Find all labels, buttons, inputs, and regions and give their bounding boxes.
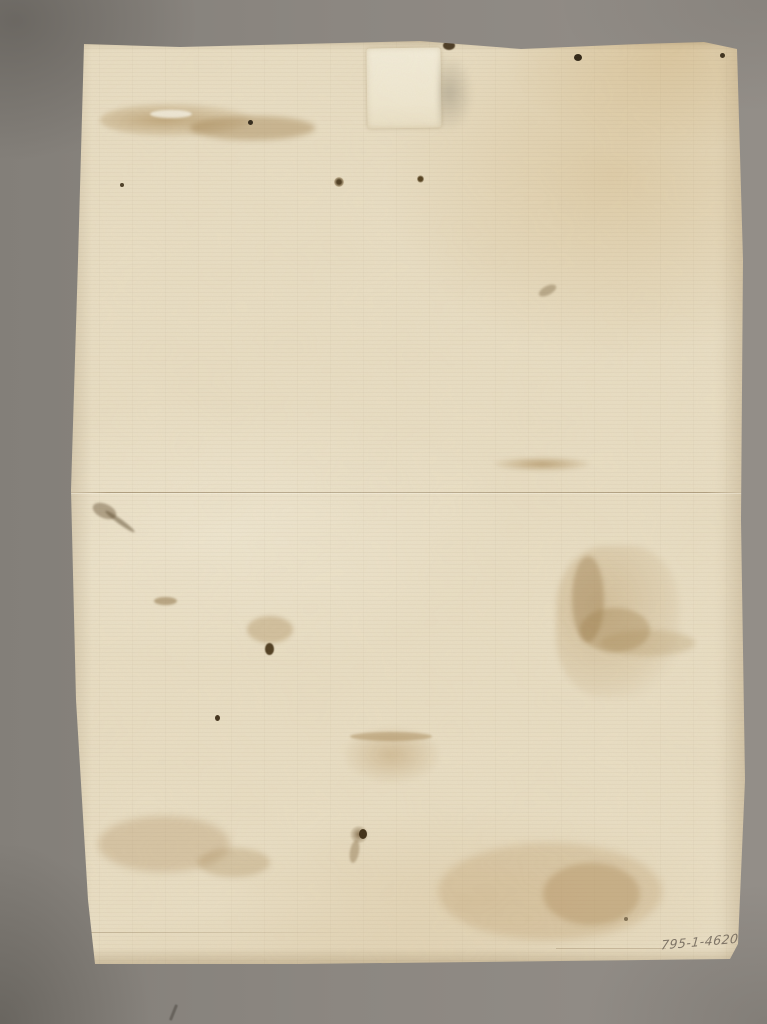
stain <box>154 597 177 605</box>
stain <box>104 509 136 534</box>
stain <box>198 848 270 877</box>
ink-speck <box>417 175 424 183</box>
ink-speck <box>215 715 220 721</box>
stain <box>247 616 293 643</box>
ink-speck <box>359 829 367 839</box>
stain <box>190 116 315 140</box>
stain <box>600 630 695 656</box>
ink-speck <box>120 183 124 187</box>
ink-speck <box>574 54 582 61</box>
repair-patch-shadow <box>439 55 473 131</box>
ink-speck <box>265 643 274 655</box>
stain <box>350 732 432 741</box>
photograph: 795-1-4620 <box>0 0 767 1024</box>
ink-speck <box>624 917 628 921</box>
stain <box>537 282 558 299</box>
ink-speck <box>720 53 725 58</box>
stain <box>348 839 361 863</box>
fold-crease <box>0 492 767 493</box>
fold-crease-bottom-right <box>556 948 666 949</box>
repair-patch <box>366 47 441 128</box>
stain-highlight <box>150 110 192 118</box>
stain <box>543 863 640 925</box>
ink-speck <box>334 177 344 187</box>
inventory-inscription: 795-1-4620 <box>660 930 741 952</box>
fold-crease-bottom-left <box>75 932 355 933</box>
stain <box>494 457 590 471</box>
paper-sheet: 795-1-4620 <box>0 0 767 1024</box>
ink-speck <box>248 120 253 125</box>
